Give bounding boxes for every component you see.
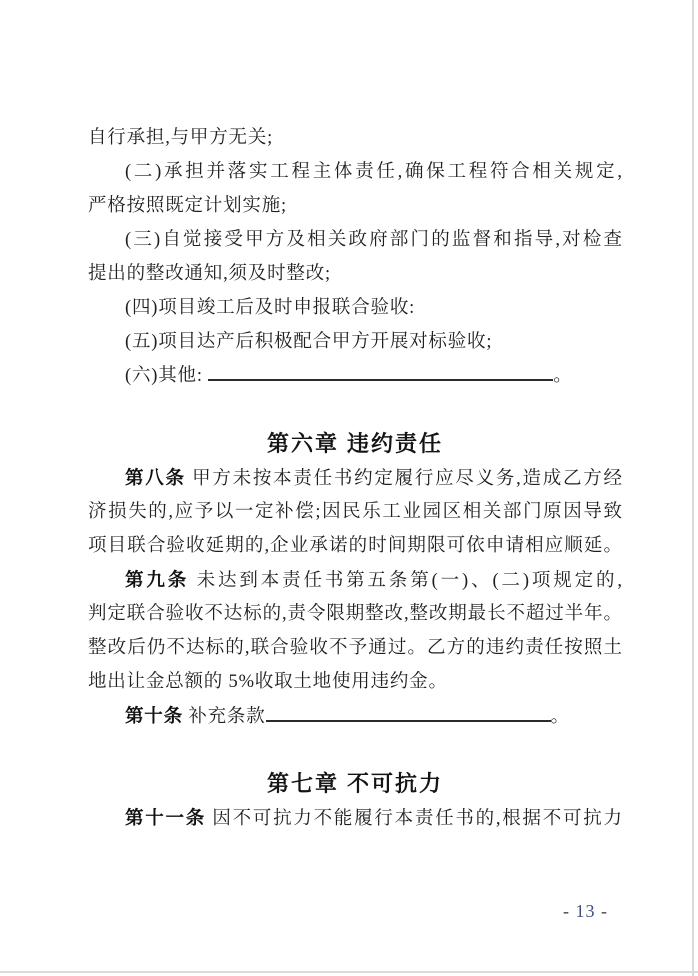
line-text: 项目联合验收延期的,企业承诺的时间期限可依申请相应顺延。 bbox=[88, 536, 622, 556]
blank-gap bbox=[88, 733, 622, 767]
text-line: 自行承担,与甲方无关; bbox=[88, 121, 622, 155]
line-text: (三)自觉接受甲方及相关政府部门的监督和指导,对检查 bbox=[125, 230, 622, 250]
line-text: 补充条款 bbox=[183, 707, 266, 727]
text-line: (六)其他: 。 bbox=[88, 359, 622, 393]
page-number-suffix: - bbox=[596, 901, 609, 921]
line-text: 。 bbox=[553, 366, 572, 386]
text-line: 第十一条 因不可抗力不能履行本责任书的,根据不可抗力 bbox=[88, 801, 622, 835]
line-text: 提出的整改通知,须及时整改; bbox=[88, 264, 331, 284]
clause-number: 第十条 bbox=[125, 705, 183, 726]
clause-number: 第十一条 bbox=[125, 807, 206, 828]
document-body: 自行承担,与甲方无关;(二)承担并落实工程主体责任,确保工程符合相关规定,严格按… bbox=[88, 121, 622, 835]
text-line: (五)项目达产后积极配合甲方开展对标验收; bbox=[88, 325, 622, 359]
line-text: 甲方未按本责任书约定履行应尽义务,造成乙方经 bbox=[186, 469, 622, 489]
line-text: 地出让金总额的 5%收取土地使用违约金。 bbox=[88, 672, 448, 692]
chapter-heading: 第七章 不可抗力 bbox=[88, 767, 622, 801]
text-line: 严格按照既定计划实施; bbox=[88, 189, 622, 223]
line-text: 自行承担,与甲方无关; bbox=[88, 128, 273, 148]
text-line: 提出的整改通知,须及时整改; bbox=[88, 257, 622, 291]
text-line: 济损失的,应予以一定补偿;因民乐工业园区相关部门原因导致 bbox=[88, 495, 622, 529]
text-line: (三)自觉接受甲方及相关政府部门的监督和指导,对检查 bbox=[88, 223, 622, 257]
page-number-prefix: - bbox=[563, 901, 576, 921]
line-text: (五)项目达产后积极配合甲方开展对标验收; bbox=[125, 332, 492, 352]
line-text: 第六章 违约责任 bbox=[267, 431, 443, 456]
text-line: 第九条 未达到本责任书第五条第(一)、(二)项规定的, bbox=[88, 563, 622, 597]
line-text: 。 bbox=[551, 707, 570, 727]
text-line: (二)承担并落实工程主体责任,确保工程符合相关规定, bbox=[88, 155, 622, 189]
text-line: 判定联合验收不达标的,责令限期整改,整改期最长不超过半年。 bbox=[88, 597, 622, 631]
line-text: (六)其他: bbox=[125, 366, 208, 386]
text-line: 第十条 补充条款。 bbox=[88, 699, 622, 733]
line-text: 因不可抗力不能履行本责任书的,根据不可抗力 bbox=[206, 809, 622, 829]
text-line: (四)项目竣工后及时申报联合验收: bbox=[88, 291, 622, 325]
line-text: 未达到本责任书第五条第(一)、(二)项规定的, bbox=[189, 571, 622, 591]
fill-in-blank bbox=[208, 361, 553, 382]
page-edge-bottom bbox=[0, 971, 698, 973]
line-text: 第七章 不可抗力 bbox=[267, 771, 443, 796]
text-line: 整改后仍不达标的,联合验收不予通过。乙方的违约责任按照土 bbox=[88, 631, 622, 665]
text-line: 第八条 甲方未按本责任书约定履行应尽义务,造成乙方经 bbox=[88, 461, 622, 495]
clause-number: 第八条 bbox=[125, 467, 186, 488]
line-text: 济损失的,应予以一定补偿;因民乐工业园区相关部门原因导致 bbox=[88, 502, 622, 522]
line-text: 严格按照既定计划实施; bbox=[88, 196, 287, 216]
page-number: - 13 - bbox=[88, 901, 608, 922]
chapter-heading: 第六章 违约责任 bbox=[88, 427, 622, 461]
line-text: 整改后仍不达标的,联合验收不予通过。乙方的违约责任按照土 bbox=[88, 638, 622, 658]
line-text: (四)项目竣工后及时申报联合验收: bbox=[125, 298, 415, 318]
blank-gap bbox=[88, 393, 622, 427]
clause-number: 第九条 bbox=[125, 569, 189, 590]
page-number-value: 13 bbox=[576, 901, 596, 921]
document-page: 自行承担,与甲方无关;(二)承担并落实工程主体责任,确保工程符合相关规定,严格按… bbox=[0, 0, 698, 976]
page-edge-right bbox=[692, 0, 694, 976]
text-line: 地出让金总额的 5%收取土地使用违约金。 bbox=[88, 665, 622, 699]
line-text: (二)承担并落实工程主体责任,确保工程符合相关规定, bbox=[125, 162, 622, 182]
line-text: 判定联合验收不达标的,责令限期整改,整改期最长不超过半年。 bbox=[88, 604, 622, 624]
fill-in-blank bbox=[266, 702, 551, 723]
text-line: 项目联合验收延期的,企业承诺的时间期限可依申请相应顺延。 bbox=[88, 529, 622, 563]
